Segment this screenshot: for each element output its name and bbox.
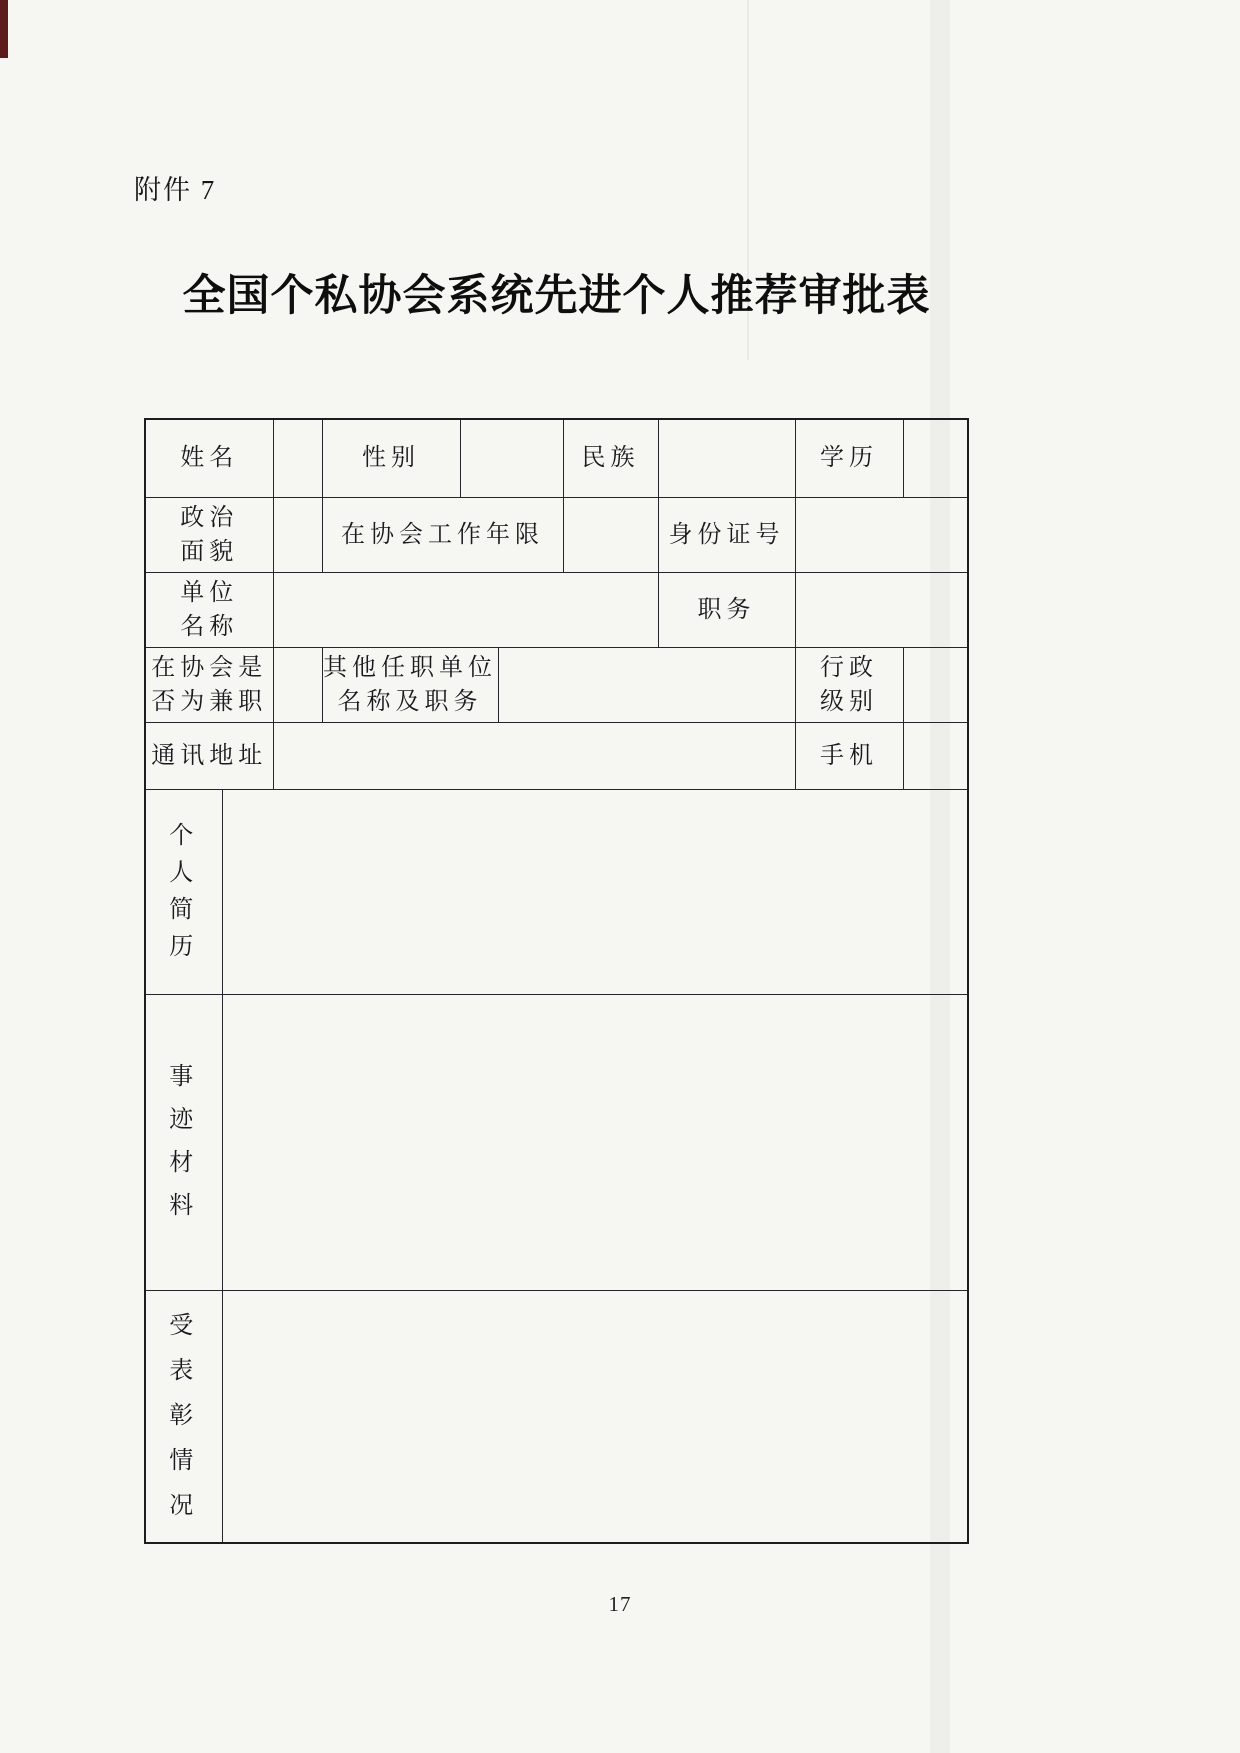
deeds-label: 事 迹 材 料 — [145, 994, 222, 1290]
ethnicity-label: 民族 — [563, 419, 658, 497]
commendation-content — [222, 1290, 968, 1543]
page-number: 17 — [0, 1592, 1240, 1617]
resume-label-text: 个 人 简 历 — [169, 823, 198, 960]
name-label: 姓名 — [145, 419, 273, 497]
row-resume: 个 人 简 历 — [145, 789, 968, 994]
parttime-label: 在协会是 否为兼职 — [145, 647, 273, 722]
parttime-value — [273, 647, 322, 722]
resume-label: 个 人 简 历 — [145, 789, 222, 994]
gender-label: 性别 — [322, 419, 460, 497]
page-title: 全国个私协会系统先进个人推荐审批表 — [145, 262, 968, 323]
id-number-label: 身份证号 — [658, 497, 795, 572]
political-status-value — [273, 497, 322, 572]
mobile-label: 手机 — [795, 722, 903, 789]
association-years-value — [563, 497, 658, 572]
commendation-label: 受 表 彰 情 况 — [145, 1290, 222, 1543]
row-parttime: 在协会是 否为兼职 其他任职单位 名称及职务 行政 级别 — [145, 647, 968, 722]
row-unit: 单位 名称 职务 — [145, 572, 968, 647]
commendation-label-text: 受 表 彰 情 况 — [169, 1313, 198, 1519]
document-page: 附件 7 全国个私协会系统先进个人推荐审批表 姓名 性别 民族 学历 政治 面貌… — [0, 0, 1240, 1753]
other-positions-label: 其他任职单位 名称及职务 — [322, 647, 498, 722]
mailing-address-label: 通讯地址 — [145, 722, 273, 789]
mailing-address-value — [273, 722, 795, 789]
gender-value — [460, 419, 563, 497]
row-basic-info: 姓名 性别 民族 学历 — [145, 419, 968, 497]
association-years-label: 在协会工作年限 — [322, 497, 563, 572]
mobile-value — [903, 722, 968, 789]
political-status-label: 政治 面貌 — [145, 497, 273, 572]
row-contact: 通讯地址 手机 — [145, 722, 968, 789]
unit-name-label: 单位 名称 — [145, 572, 273, 647]
scan-artifact-red-mark — [0, 0, 8, 58]
admin-level-label: 行政 级别 — [795, 647, 903, 722]
row-commendation: 受 表 彰 情 况 — [145, 1290, 968, 1543]
education-value — [903, 419, 968, 497]
ethnicity-value — [658, 419, 795, 497]
row-deeds: 事 迹 材 料 — [145, 994, 968, 1290]
form-table: 姓名 性别 民族 学历 政治 面貌 在协会工作年限 身份证号 单位 名称 职务 … — [144, 418, 969, 1544]
other-positions-value — [498, 647, 795, 722]
education-label: 学历 — [795, 419, 903, 497]
position-label: 职务 — [658, 572, 795, 647]
name-value — [273, 419, 322, 497]
deeds-content — [222, 994, 968, 1290]
admin-level-value — [903, 647, 968, 722]
attachment-label: 附件 7 — [134, 168, 216, 207]
row-political: 政治 面貌 在协会工作年限 身份证号 — [145, 497, 968, 572]
position-value — [795, 572, 968, 647]
deeds-label-text: 事 迹 材 料 — [169, 1064, 198, 1219]
unit-name-value — [273, 572, 658, 647]
resume-content — [222, 789, 968, 994]
id-number-value — [795, 497, 968, 572]
